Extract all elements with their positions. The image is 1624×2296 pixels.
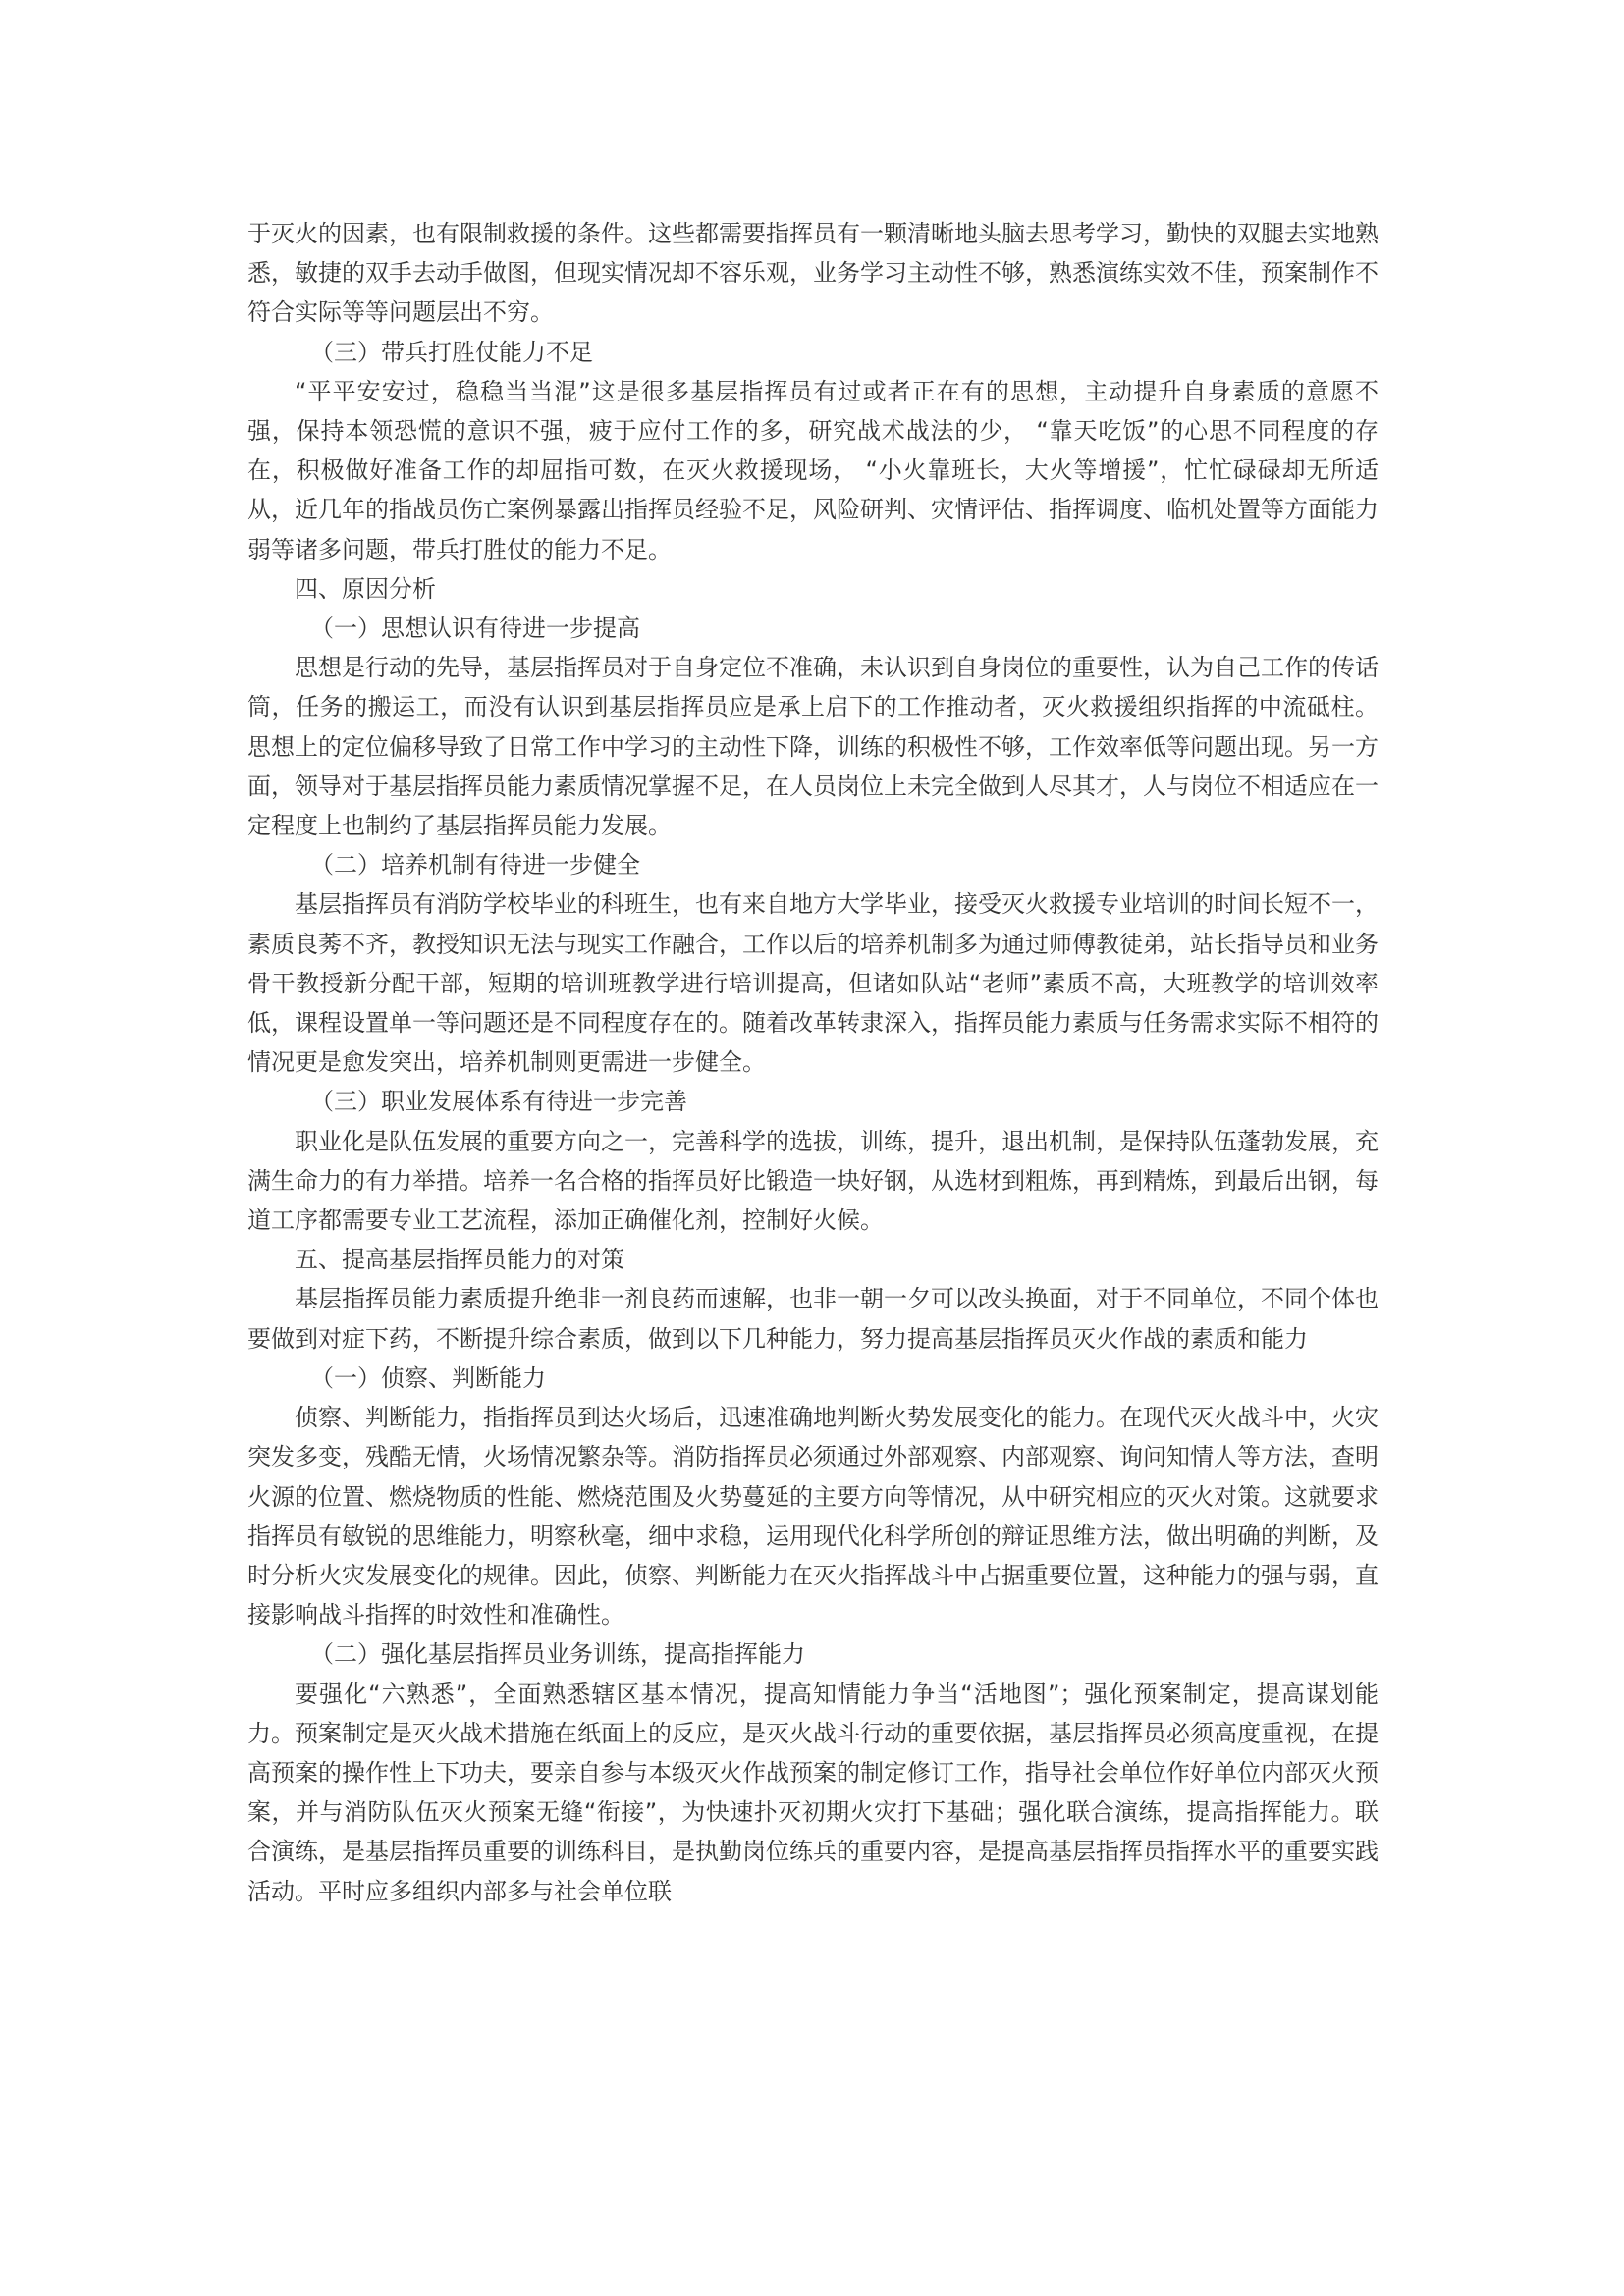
document-page: 于灭火的因素，也有限制救援的条件。这些都需要指挥员有一颗清晰地头脑去思考学习，勤… bbox=[247, 214, 1379, 1911]
subheading-ideological-awareness: （一）思想认识有待进一步提高 bbox=[247, 609, 1379, 648]
paragraph: 要强化“六熟悉”，全面熟悉辖区基本情况，提高知情能力争当“活地图”；强化预案制定… bbox=[247, 1675, 1379, 1911]
subheading-business-training: （二）强化基层指挥员业务训练，提高指挥能力 bbox=[247, 1634, 1379, 1674]
paragraph: 基层指挥员有消防学校毕业的科班生，也有来自地方大学毕业，接受灭火救援专业培训的时… bbox=[247, 884, 1379, 1082]
paragraph: 基层指挥员能力素质提升绝非一剂良药而速解，也非一朝一夕可以改头换面，对于不同单位… bbox=[247, 1279, 1379, 1358]
heading-countermeasures: 五、提高基层指挥员能力的对策 bbox=[247, 1240, 1379, 1279]
paragraph-continued: 于灭火的因素，也有限制救援的条件。这些都需要指挥员有一颗清晰地头脑去思考学习，勤… bbox=[247, 214, 1379, 333]
paragraph: “平平安安过，稳稳当当混”这是很多基层指挥员有过或者正在有的思想，主动提升自身素… bbox=[247, 372, 1379, 569]
paragraph: 职业化是队伍发展的重要方向之一，完善科学的选拔，训练，提升，退出机制，是保持队伍… bbox=[247, 1122, 1379, 1241]
paragraph: 思想是行动的先导，基层指挥员对于自身定位不准确，未认识到自身岗位的重要性，认为自… bbox=[247, 648, 1379, 845]
heading-cause-analysis: 四、原因分析 bbox=[247, 569, 1379, 609]
subheading-training-mechanism: （二）培养机制有待进一步健全 bbox=[247, 845, 1379, 884]
subheading-lacking-combat-ability: （三）带兵打胜仗能力不足 bbox=[247, 333, 1379, 372]
paragraph: 侦察、判断能力，指指挥员到达火场后，迅速准确地判断火势发展变化的能力。在现代灭火… bbox=[247, 1398, 1379, 1634]
subheading-career-development: （三）职业发展体系有待进一步完善 bbox=[247, 1082, 1379, 1121]
subheading-reconnaissance-judgment: （一）侦察、判断能力 bbox=[247, 1359, 1379, 1398]
